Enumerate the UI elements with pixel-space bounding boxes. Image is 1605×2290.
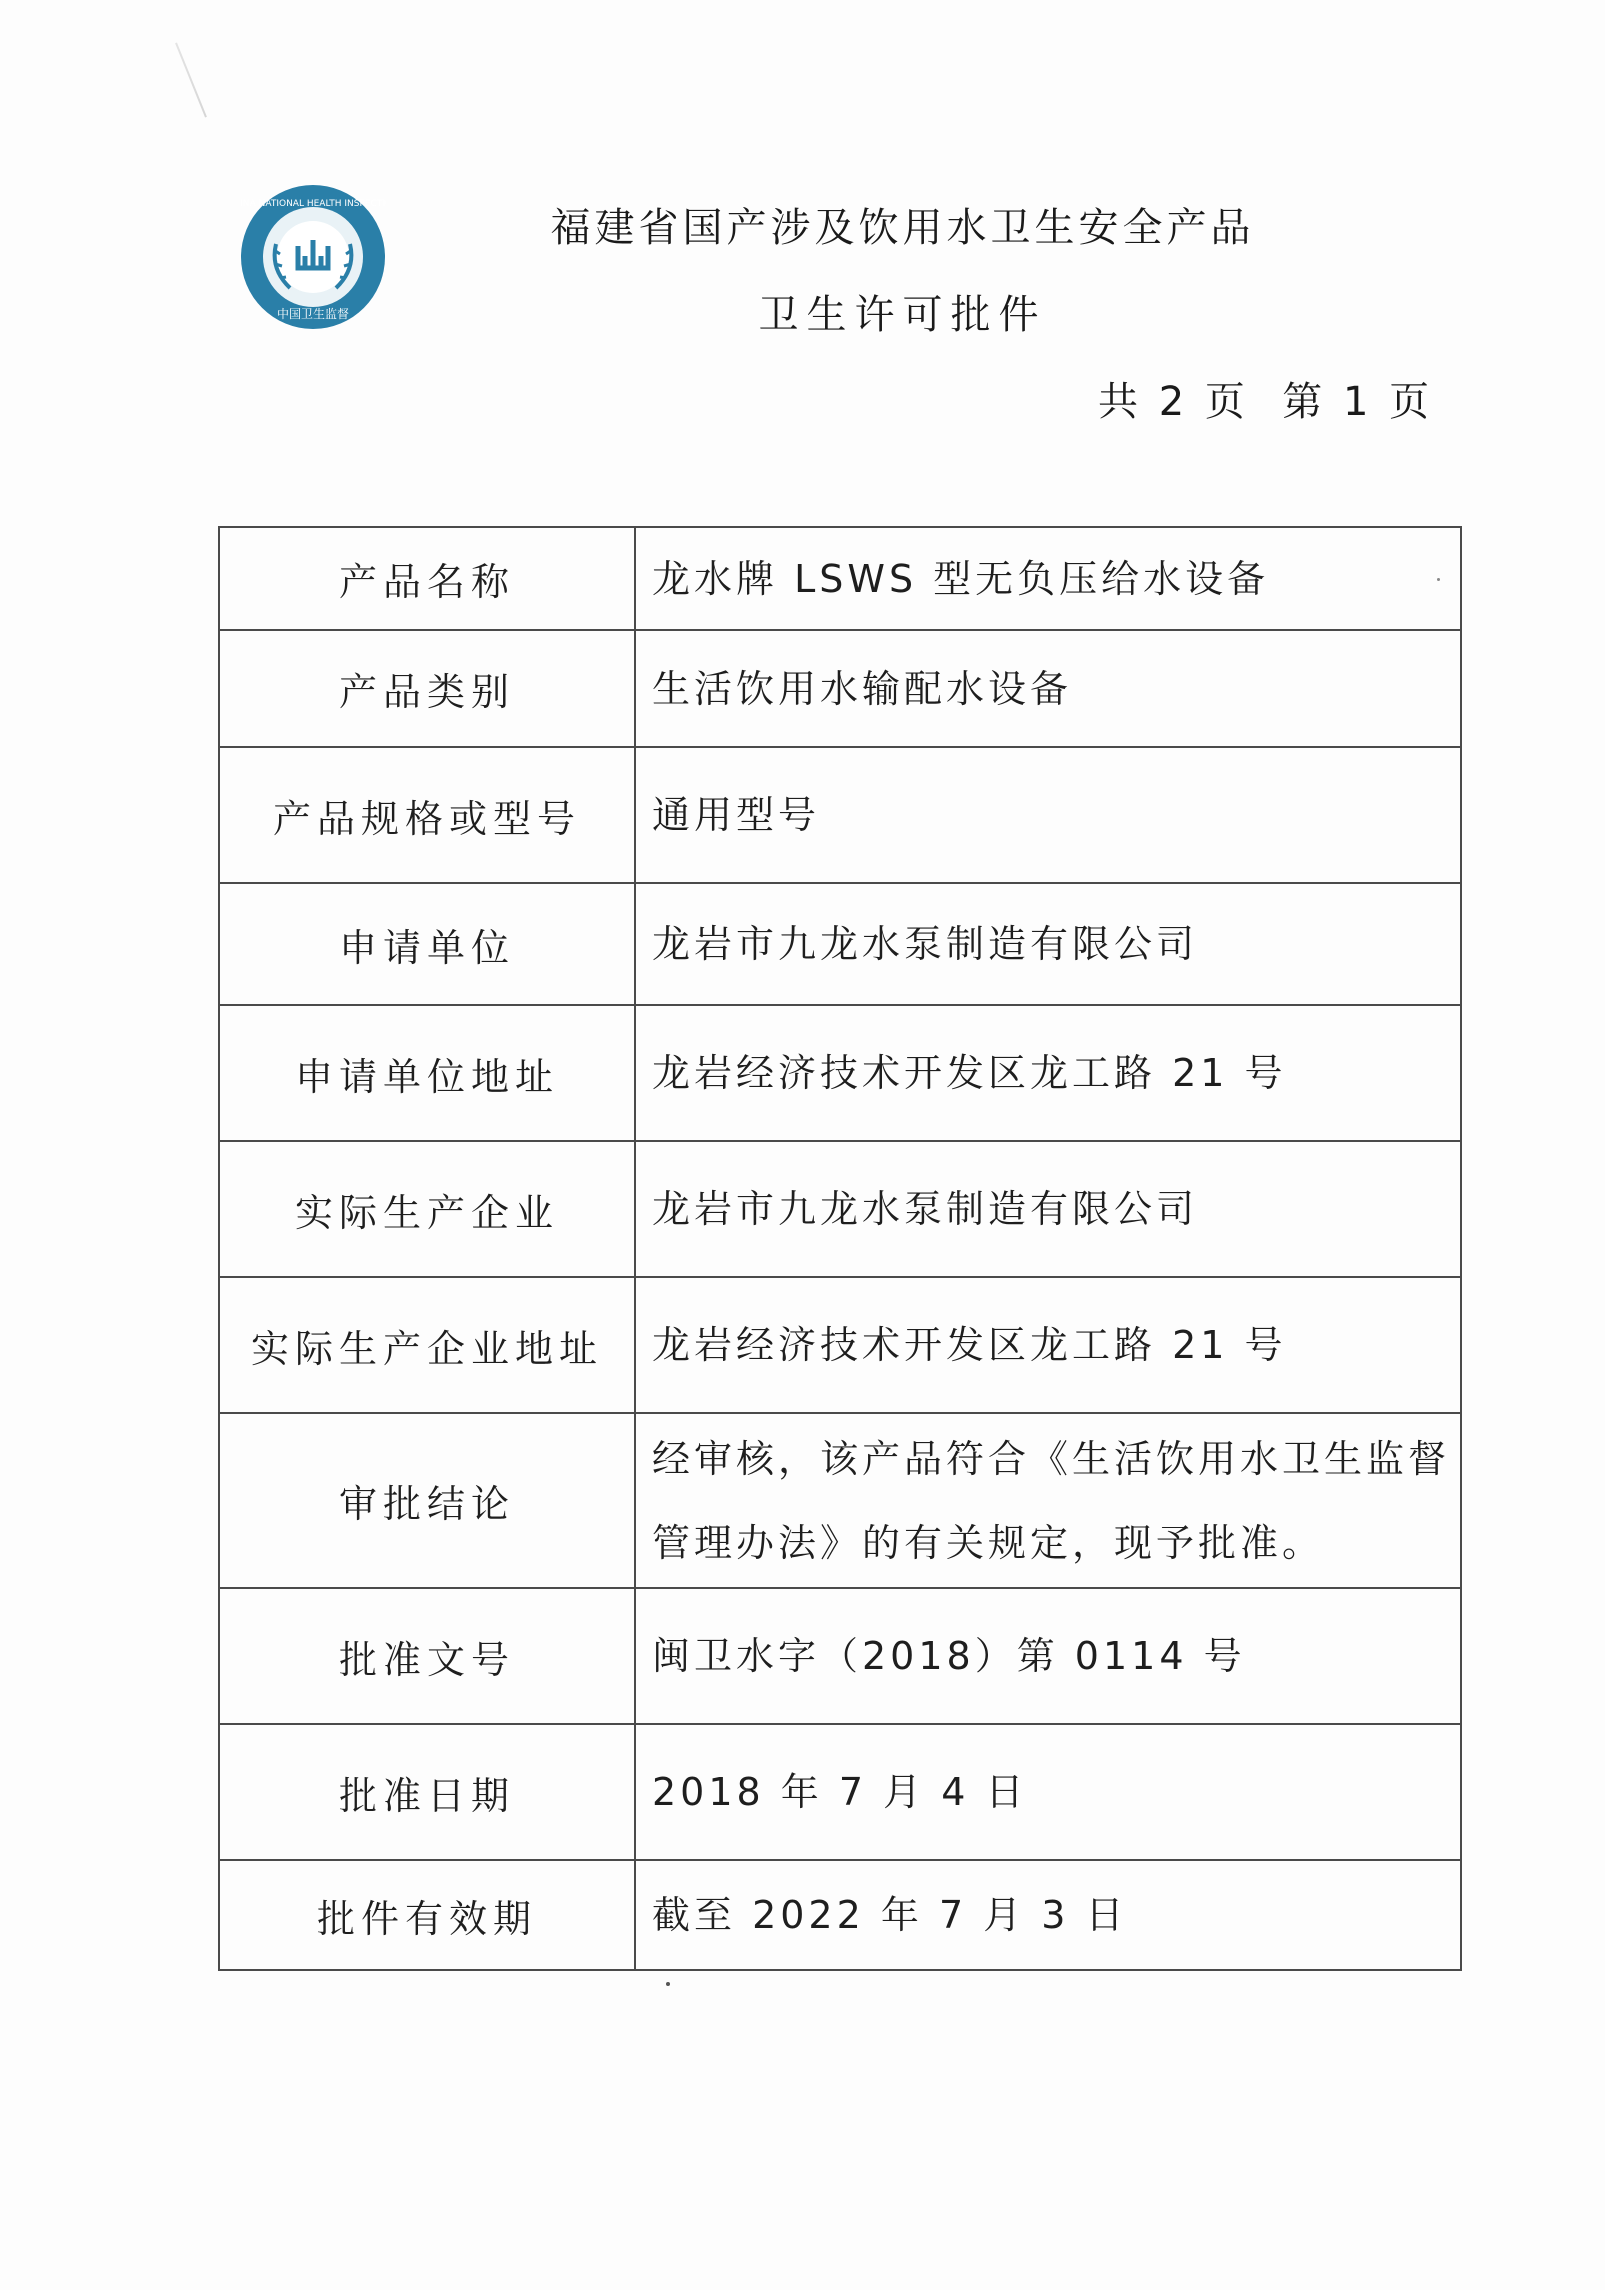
row-value: 生活饮用水输配水设备 bbox=[635, 630, 1461, 747]
row-label: 产品规格或型号 bbox=[219, 747, 635, 883]
row-value: 2018 年 7 月 4 日 bbox=[635, 1724, 1461, 1860]
row-label: 申请单位 bbox=[219, 883, 635, 1005]
scan-speck bbox=[1437, 578, 1440, 581]
table-row: 产品规格或型号 通用型号 bbox=[219, 747, 1461, 883]
row-value: 龙岩经济技术开发区龙工路 21 号 bbox=[635, 1277, 1461, 1413]
table-row: 实际生产企业地址 龙岩经济技术开发区龙工路 21 号 bbox=[219, 1277, 1461, 1413]
row-value: 龙岩市九龙水泵制造有限公司 bbox=[635, 883, 1461, 1005]
row-label: 批件有效期 bbox=[219, 1860, 635, 1970]
row-label: 批准日期 bbox=[219, 1724, 635, 1860]
table-row: 实际生产企业 龙岩市九龙水泵制造有限公司 bbox=[219, 1141, 1461, 1277]
scan-artifact-mark bbox=[175, 43, 207, 118]
page-count: 共 2 页 第 1 页 bbox=[1098, 370, 1433, 427]
row-label: 批准文号 bbox=[219, 1588, 635, 1724]
table-row: 申请单位地址 龙岩经济技术开发区龙工路 21 号 bbox=[219, 1005, 1461, 1141]
row-value: 龙水牌 LSWS 型无负压给水设备 bbox=[635, 527, 1461, 630]
row-label: 产品类别 bbox=[219, 630, 635, 747]
table-row: 批准日期 2018 年 7 月 4 日 bbox=[219, 1724, 1461, 1860]
row-label: 申请单位地址 bbox=[219, 1005, 635, 1141]
table-row: 批准文号 闽卫水字（2018）第 0114 号 bbox=[219, 1588, 1461, 1724]
document-page: CHINA NATIONAL HEALTH INSPECTION 中国卫生监督 … bbox=[0, 0, 1605, 2290]
permit-details-table: 产品名称 龙水牌 LSWS 型无负压给水设备 产品类别 生活饮用水输配水设备 产… bbox=[218, 526, 1462, 1971]
row-value: 龙岩市九龙水泵制造有限公司 bbox=[635, 1141, 1461, 1277]
row-label: 实际生产企业 bbox=[219, 1141, 635, 1277]
document-title: 福建省国产涉及饮用水卫生安全产品 bbox=[100, 196, 1605, 253]
row-value: 龙岩经济技术开发区龙工路 21 号 bbox=[635, 1005, 1461, 1141]
row-label: 实际生产企业地址 bbox=[219, 1277, 635, 1413]
row-value: 截至 2022 年 7 月 3 日 bbox=[635, 1860, 1461, 1970]
row-label: 审批结论 bbox=[219, 1413, 635, 1588]
row-label: 产品名称 bbox=[219, 527, 635, 630]
row-value: 经审核，该产品符合《生活饮用水卫生监督管理办法》的有关规定，现予批准。 bbox=[635, 1413, 1461, 1588]
table-row: 产品类别 生活饮用水输配水设备 bbox=[219, 630, 1461, 747]
table-row: 批件有效期 截至 2022 年 7 月 3 日 bbox=[219, 1860, 1461, 1970]
scan-speck bbox=[666, 1982, 670, 1986]
row-value: 通用型号 bbox=[635, 747, 1461, 883]
document-subtitle: 卫生许可批件 bbox=[100, 283, 1605, 340]
row-value: 闽卫水字（2018）第 0114 号 bbox=[635, 1588, 1461, 1724]
table-row: 申请单位 龙岩市九龙水泵制造有限公司 bbox=[219, 883, 1461, 1005]
table-row: 审批结论 经审核，该产品符合《生活饮用水卫生监督管理办法》的有关规定，现予批准。 bbox=[219, 1413, 1461, 1588]
table-row: 产品名称 龙水牌 LSWS 型无负压给水设备 bbox=[219, 527, 1461, 630]
